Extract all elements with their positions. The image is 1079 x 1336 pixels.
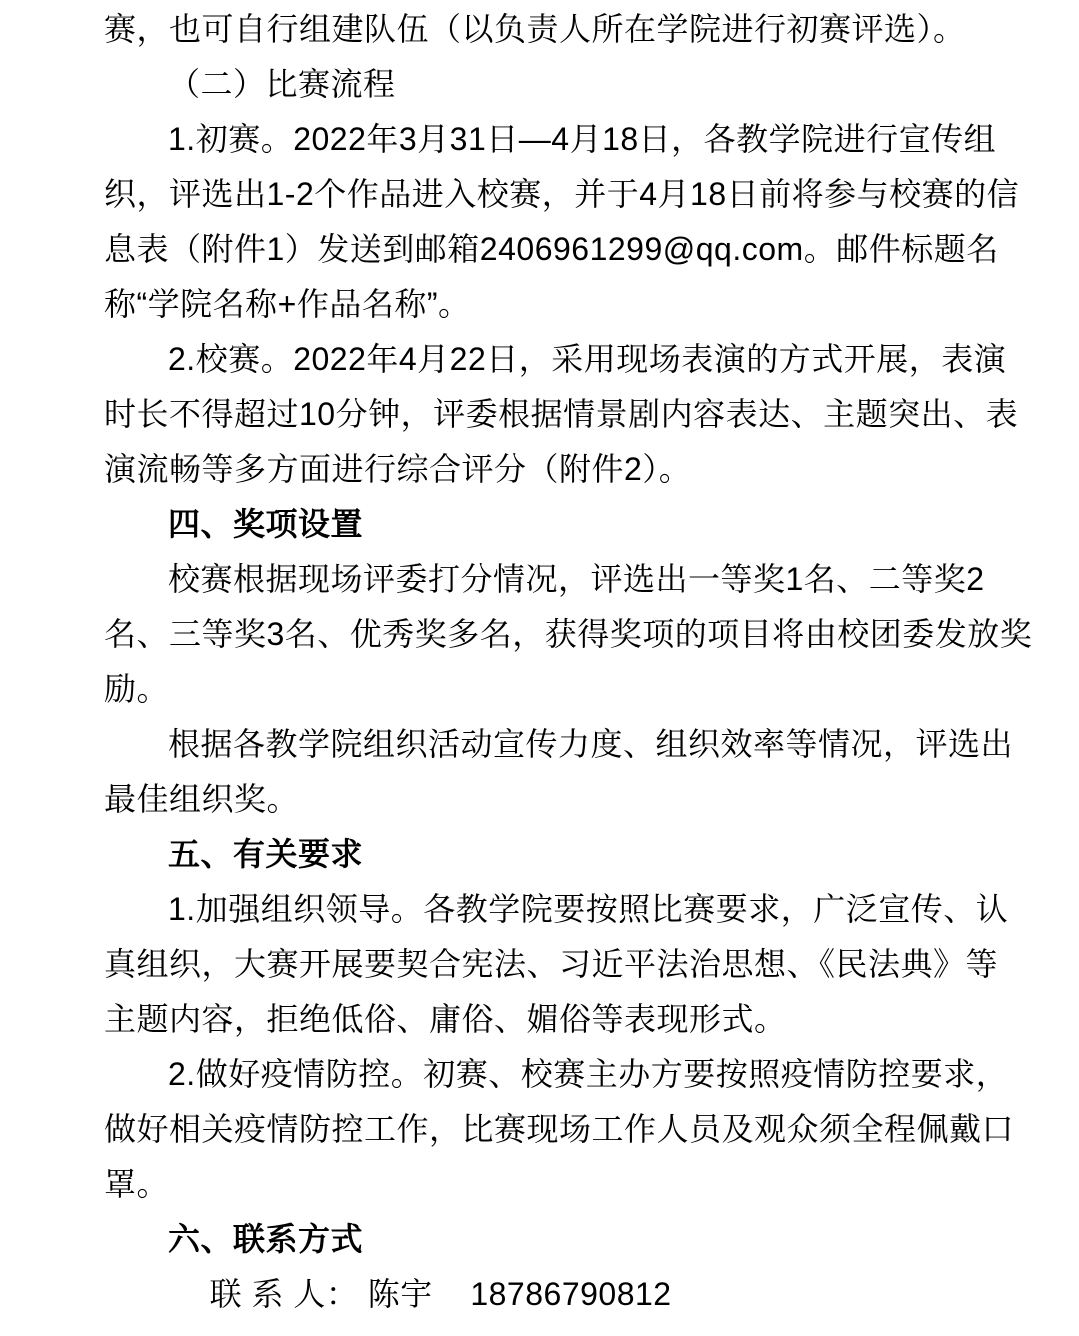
text-line: 最佳组织奖。 bbox=[104, 772, 1079, 827]
text-line: 织，评选出1-2个作品进入校赛，并于4月18日前将参与校赛的信 bbox=[104, 167, 1079, 222]
text-line: 主题内容，拒绝低俗、庸俗、媚俗等表现形式。 bbox=[104, 992, 1079, 1047]
sub-section-heading: （二）比赛流程 bbox=[104, 57, 1079, 112]
text-line: 2.校赛。2022年4月22日，采用现场表演的方式开展，表演 bbox=[104, 332, 1079, 387]
text-line: 做好相关疫情防控工作，比赛现场工作人员及观众须全程佩戴口 bbox=[104, 1102, 1079, 1157]
text-line: 联 系 人： 陈宇 18786790812 bbox=[104, 1267, 1079, 1322]
text-line: 时长不得超过10分钟，评委根据情景剧内容表达、主题突出、表 bbox=[104, 387, 1079, 442]
text-line: 罩。 bbox=[104, 1157, 1079, 1212]
text-line: 名、三等奖3名、优秀奖多名，获得奖项的项目将由校团委发放奖 bbox=[104, 607, 1079, 662]
text-line: 赛，也可自行组建队伍（以负责人所在学院进行初赛评选）。 bbox=[104, 2, 1079, 57]
text-line: 校赛根据现场评委打分情况，评选出一等奖1名、二等奖2 bbox=[104, 552, 1079, 607]
section-heading: 六、联系方式 bbox=[104, 1212, 1079, 1267]
section-heading: 五、有关要求 bbox=[104, 827, 1079, 882]
text-line: 根据各教学院组织活动宣传力度、组织效率等情况，评选出 bbox=[104, 717, 1079, 772]
text-line: 演流畅等多方面进行综合评分（附件2）。 bbox=[104, 442, 1079, 497]
text-line: 息表（附件1）发送到邮箱2406961299@qq.com。邮件标题名 bbox=[104, 222, 1079, 277]
text-line: 真组织，大赛开展要契合宪法、习近平法治思想、《民法典》等 bbox=[104, 937, 1079, 992]
text-line: 称“学院名称+作品名称”。 bbox=[104, 277, 1079, 332]
text-line: 1.初赛。2022年3月31日—4月18日，各教学院进行宣传组 bbox=[104, 112, 1079, 167]
text-line: 1.加强组织领导。各教学院要按照比赛要求，广泛宣传、认 bbox=[104, 882, 1079, 937]
text-line: 2.做好疫情防控。初赛、校赛主办方要按照疫情防控要求， bbox=[104, 1047, 1079, 1102]
text-line: 励。 bbox=[104, 662, 1079, 717]
document-page: 赛，也可自行组建队伍（以负责人所在学院进行初赛评选）。（二）比赛流程1.初赛。2… bbox=[0, 0, 1079, 1336]
section-heading: 四、奖项设置 bbox=[104, 497, 1079, 552]
